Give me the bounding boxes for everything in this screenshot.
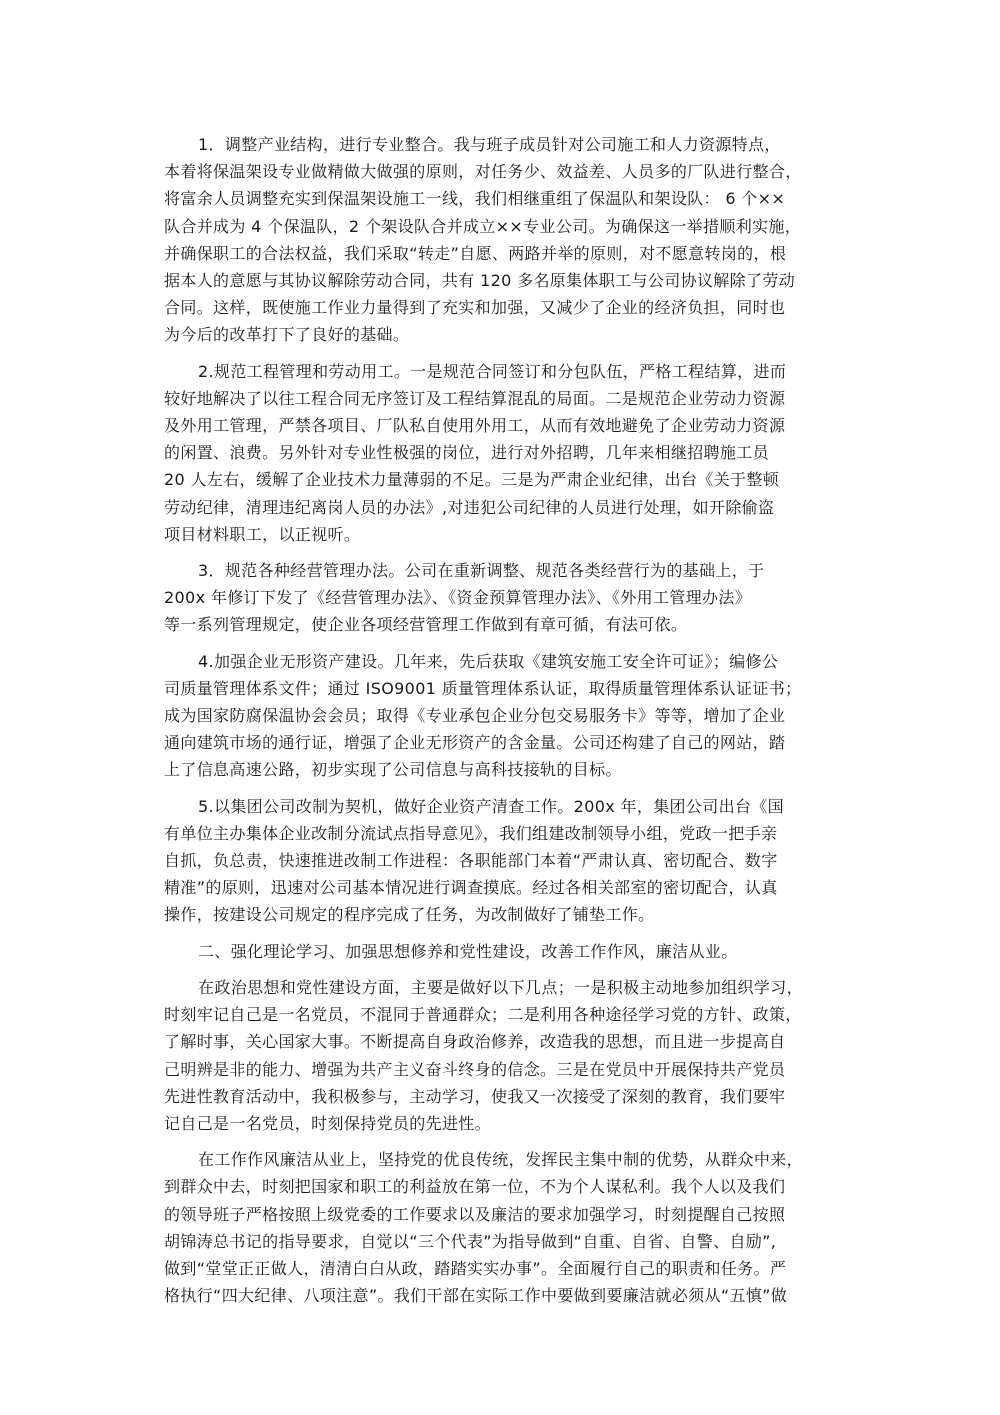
text-line: 的闲置、浪费。另外针对专业性极强的岗位，进行对外招聘，几年来相继招聘施工员 bbox=[164, 439, 840, 466]
text-line: 胡锦涛总书记的指导要求，自觉以“三个代表”为指导做到“自重、自省、自警、自励”, bbox=[164, 1228, 840, 1255]
text-line: 精准”的原则，迅速对公司基本情况进行调查摸底。经过各相关部室的密切配合，认真 bbox=[164, 874, 840, 901]
text-line: 在工作作风廉洁从业上，坚持党的优良传统，发挥民主集中制的优势，从群众中来， bbox=[164, 1146, 840, 1173]
text-line: 自抓，负总责，快速推进改制工作进程：各职能部门本着“严肃认真、密切配合、数字 bbox=[164, 847, 840, 874]
text-line: 4.加强企业无形资产建设。几年来，先后获取《建筑安施工安全许可证》；编修公 bbox=[164, 648, 840, 675]
text-line: 较好地解决了以往工程合同无序签订及工程结算混乱的局面。二是规范企业劳动力资源 bbox=[164, 385, 840, 412]
paragraph-3-management-rules: 3．规范各种经营管理办法。公司在重新调整、规范各类经营行为的基础上，于 200x… bbox=[164, 557, 840, 639]
text-line: 到群众中去，时刻把国家和职工的利益放在第一位，不为个人谋私利。我个人以及我们 bbox=[164, 1173, 840, 1200]
text-line: 1．调整产业结构，进行专业整合。我与班子成员针对公司施工和人力资源特点， bbox=[164, 131, 840, 158]
text-line: 做到“堂堂正正做人，清清白白从政，踏踏实实办事”。全面履行自己的职责和任务。严 bbox=[164, 1255, 840, 1282]
text-line: 格执行“四大纪律、八项注意”。我们干部在实际工作中要做到要廉洁就必须从“五慎”做 bbox=[164, 1282, 840, 1309]
text-line: 合同。这样，既使施工作业力量得到了充实和加强，又减少了企业的经济负担，同时也 bbox=[164, 294, 840, 321]
text-line: 司质量管理体系文件；通过 ISO9001 质量管理体系认证，取得质量管理体系认证… bbox=[164, 675, 840, 702]
text-line: 记自己是一名党员，时刻保持党员的先进性。 bbox=[164, 1110, 840, 1137]
text-line: 200x 年修订下发了《经营管理办法》、《资金预算管理办法》、《外用工管理办法》 bbox=[164, 584, 840, 611]
text-line: 2.规范工程管理和劳动用工。一是规范合同签订和分包队伍，严格工程结算，进而 bbox=[164, 358, 840, 385]
text-line: 有单位主办集体企业改制分流试点指导意见》，我们组建改制领导小组，党政一把手亲 bbox=[164, 820, 840, 847]
paragraph-2-engineering-labor: 2.规范工程管理和劳动用工。一是规范合同签订和分包队伍，严格工程结算，进而 较好… bbox=[164, 358, 840, 548]
text-line: 先进性教育活动中，我积极参与，主动学习，使我又一次接受了深刻的教育，我们要牢 bbox=[164, 1083, 840, 1110]
text-line: 为今后的改革打下了良好的基础。 bbox=[164, 321, 840, 348]
text-line: 3．规范各种经营管理办法。公司在重新调整、规范各类经营行为的基础上，于 bbox=[164, 557, 840, 584]
text-line: 队合并成为 4 个保温队，2 个架设队合并成立××专业公司。为确保这一举措顺利实… bbox=[164, 213, 840, 240]
text-line: 项目材料职工，以正视听。 bbox=[164, 521, 840, 548]
text-line: 己明辨是非的能力、增强为共产主义奋斗终身的信念。三是在党员中开展保持共产党员 bbox=[164, 1056, 840, 1083]
text-line: 及外用工管理，严禁各项目、厂队私自使用外用工，从而有效地避免了企业劳动力资源 bbox=[164, 412, 840, 439]
text-line: 的领导班子严格按照上级党委的工作要求以及廉洁的要求加强学习，时刻提醒自己按照 bbox=[164, 1201, 840, 1228]
paragraph-5-asset-audit: 5.以集团公司改制为契机，做好企业资产清查工作。200x 年，集团公司出台《国 … bbox=[164, 793, 840, 929]
paragraph-political-thought: 在政治思想和党性建设方面，主要是做好以下几点；一是积极主动地参加组织学习， 时刻… bbox=[164, 974, 840, 1137]
text-line: 20 人左右，缓解了企业技术力量薄弱的不足。三是为严肃企业纪律，出台《关于整顿 bbox=[164, 466, 840, 493]
document-page: 1．调整产业结构，进行专业整合。我与班子成员针对公司施工和人力资源特点， 本着将… bbox=[164, 131, 840, 1318]
text-line: 时刻牢记自己是一名党员，不混同于普通群众；二是利用各种途径学习党的方针、政策， bbox=[164, 1001, 840, 1028]
text-line: 等一系列管理规定，使企业各项经营管理工作做到有章可循，有法可依。 bbox=[164, 611, 840, 638]
paragraph-1-industry-restructuring: 1．调整产业结构，进行专业整合。我与班子成员针对公司施工和人力资源特点， 本着将… bbox=[164, 131, 840, 349]
text-line: 通向建筑市场的通行证，增强了企业无形资产的含金量。公司还构建了自己的网站，踏 bbox=[164, 729, 840, 756]
text-line: 成为国家防腐保温协会会员；取得《专业承包企业分包交易服务卡》等等，增加了企业 bbox=[164, 702, 840, 729]
section-heading-2: 二、强化理论学习、加强思想修养和党性建设，改善工作作风，廉洁从业。 bbox=[164, 938, 840, 965]
paragraph-work-style-integrity: 在工作作风廉洁从业上，坚持党的优良传统，发挥民主集中制的优势，从群众中来， 到群… bbox=[164, 1146, 840, 1309]
text-line: 本着将保温架设专业做精做大做强的原则，对任务少、效益差、人员多的厂队进行整合， bbox=[164, 158, 840, 185]
text-line: 劳动纪律，清理违纪离岗人员的办法》,对违犯公司纪律的人员进行处理，如开除偷盗 bbox=[164, 494, 840, 521]
text-line: 据本人的意愿与其协议解除劳动合同，共有 120 多名原集体职工与公司协议解除了劳… bbox=[164, 267, 840, 294]
text-line: 5.以集团公司改制为契机，做好企业资产清查工作。200x 年，集团公司出台《国 bbox=[164, 793, 840, 820]
section-heading-text: 二、强化理论学习、加强思想修养和党性建设，改善工作作风，廉洁从业。 bbox=[164, 938, 840, 965]
text-line: 上了信息高速公路，初步实现了公司信息与高科技接轨的目标。 bbox=[164, 756, 840, 783]
text-line: 将富余人员调整充实到保温架设施工一线，我们相继重组了保温队和架设队： 6 个×× bbox=[164, 185, 840, 212]
text-line: 了解时事，关心国家大事。不断提高自身政治修养，改造我的思想，而且进一步提高自 bbox=[164, 1028, 840, 1055]
text-line: 并确保职工的合法权益，我们采取“转走”自愿、两路并举的原则，对不愿意转岗的，根 bbox=[164, 240, 840, 267]
paragraph-4-intangible-assets: 4.加强企业无形资产建设。几年来，先后获取《建筑安施工安全许可证》；编修公 司质… bbox=[164, 648, 840, 784]
text-line: 操作，按建设公司规定的程序完成了任务，为改制做好了铺垫工作。 bbox=[164, 901, 840, 928]
text-line: 在政治思想和党性建设方面，主要是做好以下几点；一是积极主动地参加组织学习， bbox=[164, 974, 840, 1001]
